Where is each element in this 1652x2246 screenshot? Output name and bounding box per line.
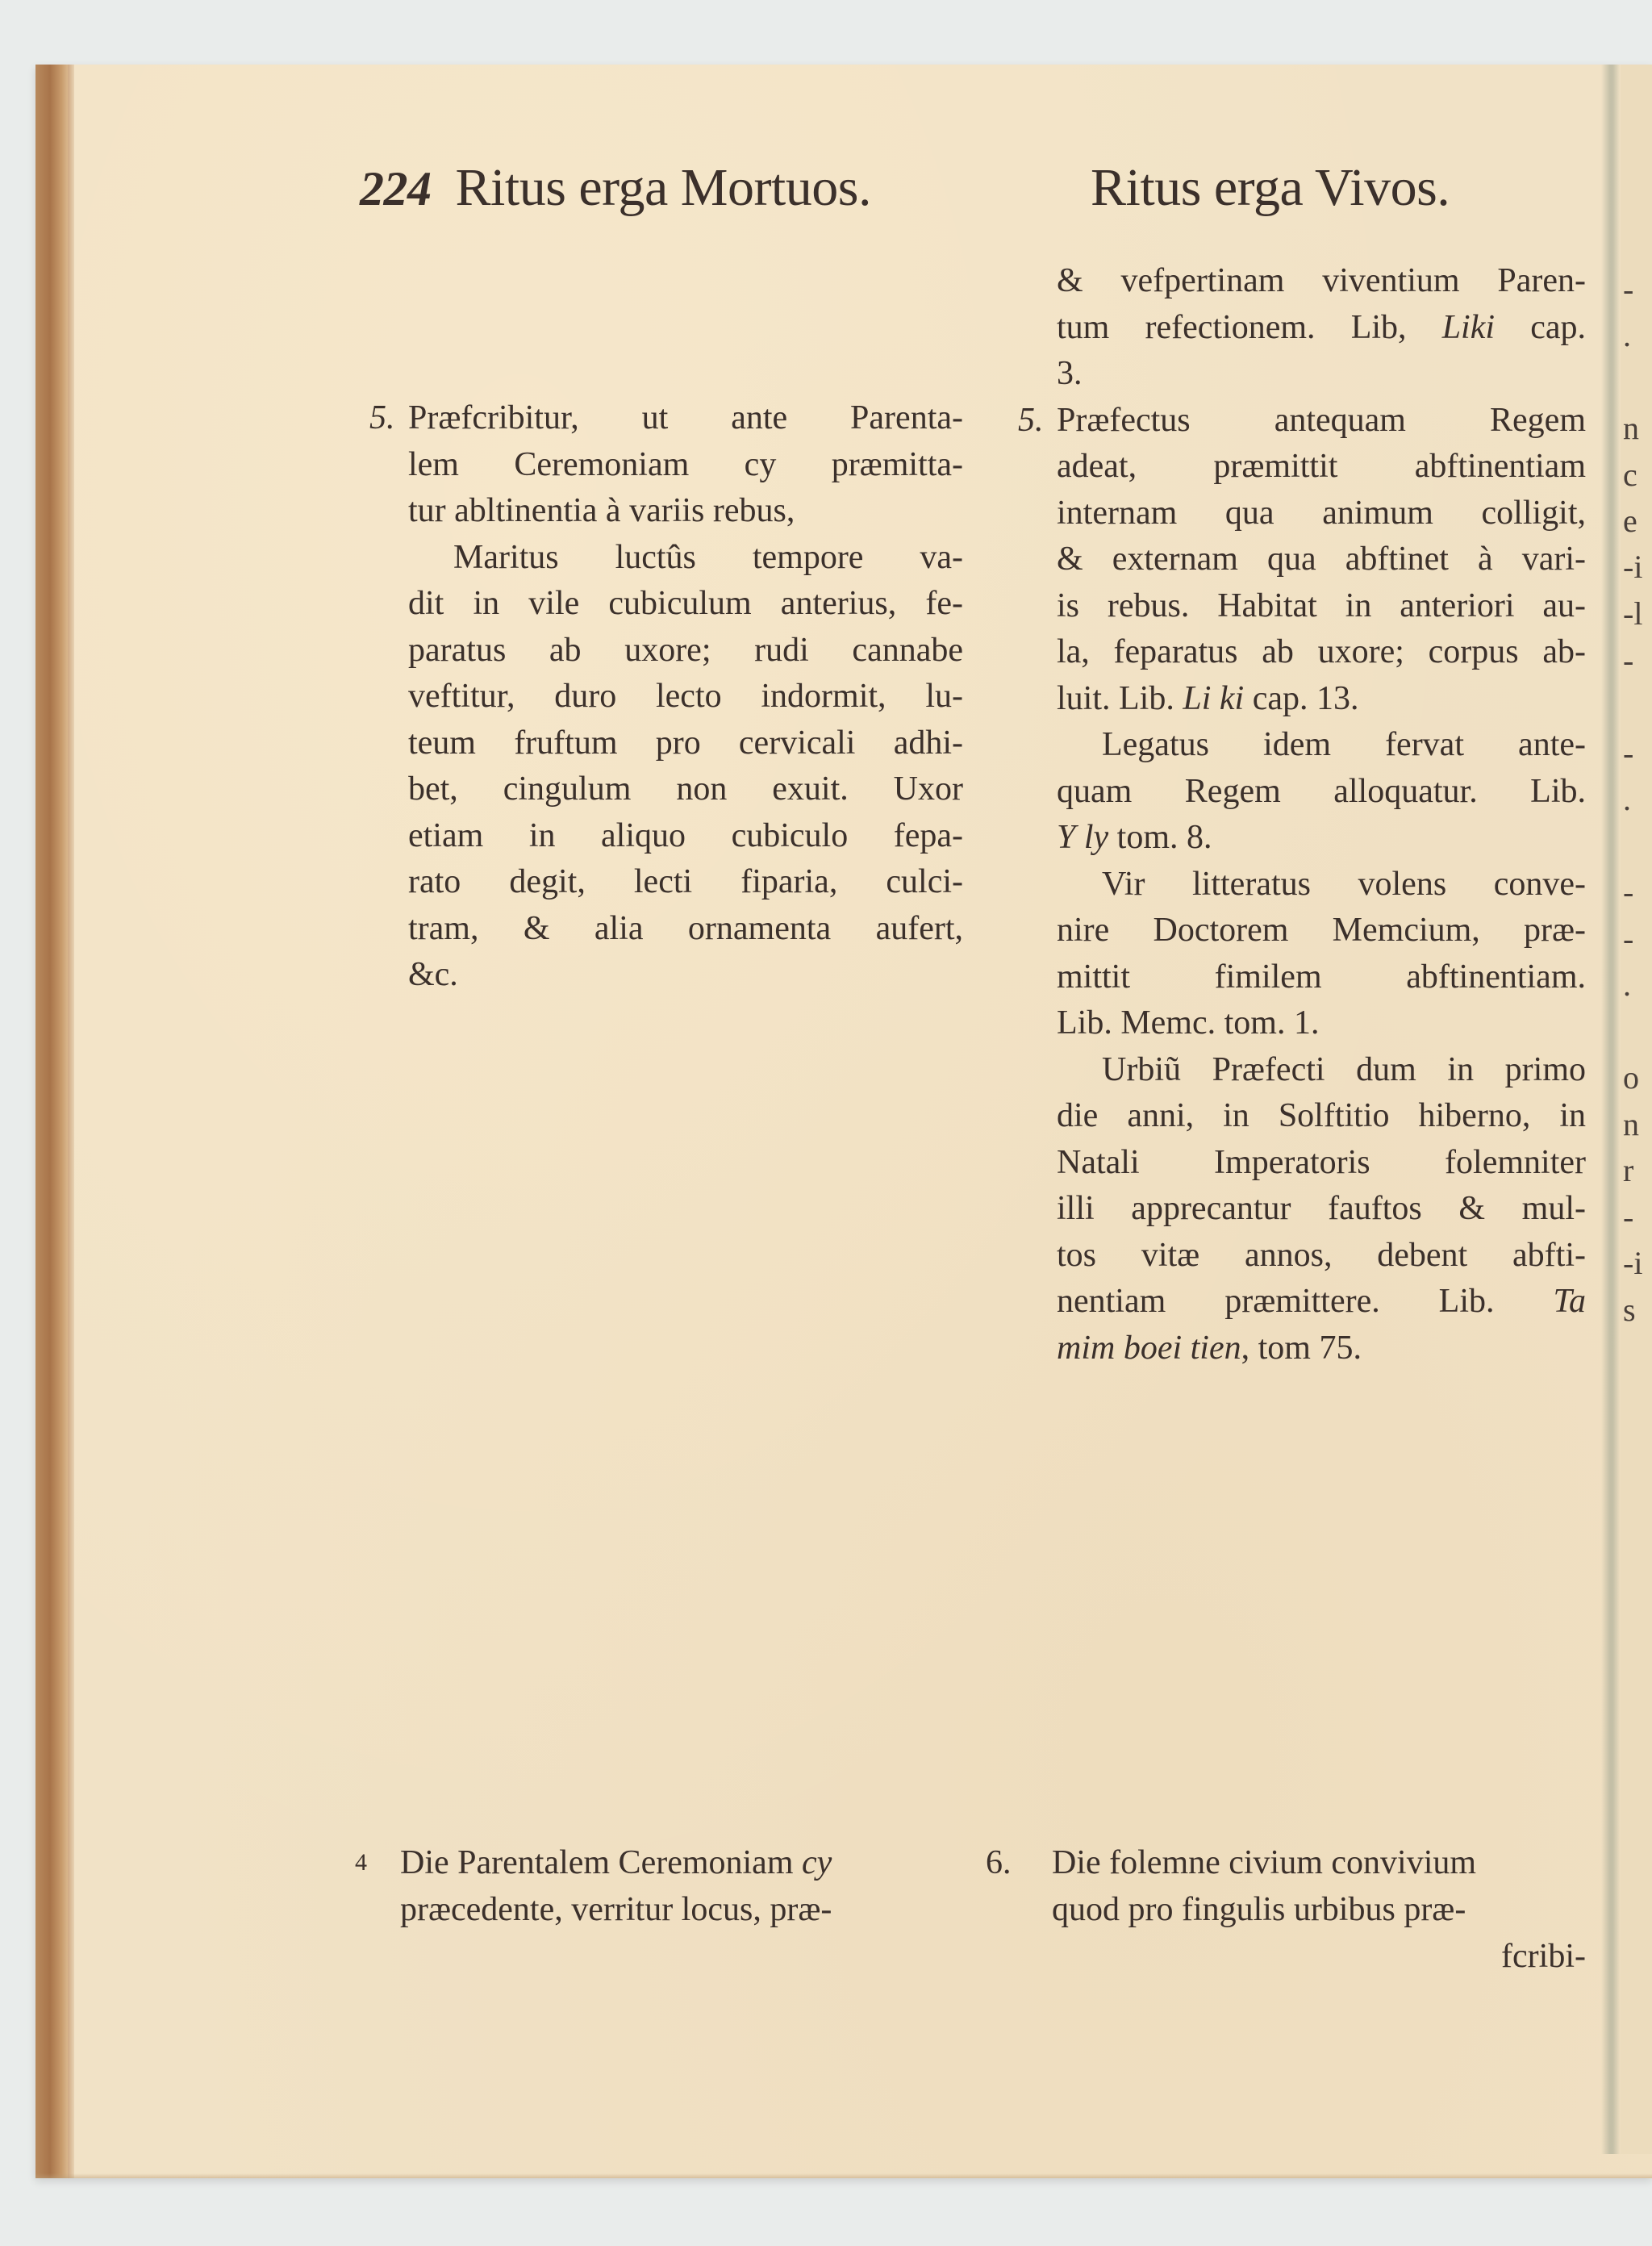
text-line: tos vitæ annos, debent abfti- (1057, 1233, 1586, 1280)
facing-page-fragment: - (1623, 266, 1652, 313)
binding-edge-inner (68, 65, 74, 2178)
text-line: paratus ab uxore; rudi cannabe (408, 628, 963, 674)
footnote-line: Die Parentalem Ceremoniam cy (400, 1839, 952, 1886)
text-line: is rebus. Habitat in anteriori au- (1057, 583, 1586, 630)
text-line: & vefpertinam viventium Paren- (1057, 258, 1586, 305)
left-paragraph-maritus: Maritus luctûs tempore va- dit in vile c… (369, 535, 963, 999)
text-line: etiam in aliquo cubiculo fepa- (408, 813, 963, 860)
facing-page-fragment: s (1623, 1287, 1652, 1334)
facing-page-fragment: - (1623, 637, 1652, 684)
text-line: teum fruftum pro cervicali adhi- (408, 720, 963, 767)
text-line: tram, & alia ornamenta aufert, (408, 906, 963, 953)
right-continuation: & vefpertinam viventium Paren- tum refec… (1018, 258, 1586, 398)
text-line: dit in vile cubiculum anterius, fe- (408, 581, 963, 628)
text-line: luit. Lib. Li ki cap. 13. (1057, 676, 1586, 723)
facing-page-fragment: o (1623, 1054, 1652, 1101)
facing-page-fragment: - (1623, 730, 1652, 777)
footnote-line: quod pro fingulis urbibus præ- (1052, 1886, 1586, 1933)
facing-page-fragment: -i (1623, 1240, 1652, 1287)
text-line: Urbiũ Præfecti dum in primo (1057, 1047, 1586, 1094)
text-line: Natali Imperatoris folemniter (1057, 1140, 1586, 1187)
text-line: rato degit, lecti fiparia, culci- (408, 859, 963, 906)
right-paragraph-vir: Vir litteratus volens conve- nire Doctor… (1018, 862, 1586, 1047)
text-line: la, feparatus ab uxore; corpus ab- (1057, 629, 1586, 676)
facing-page-fragment: n (1623, 1101, 1652, 1148)
footnote-line: præcedente, verritur locus, præ- (400, 1886, 952, 1933)
page-bottom-edge (35, 2173, 1652, 2178)
text-line: 3. (1057, 351, 1586, 398)
text-line: mittit fimilem abftinentiam. (1057, 954, 1586, 1001)
facing-page-fragment: n (1623, 405, 1652, 452)
left-column: 5. Præfcribitur, ut ante Parenta- lem Ce… (369, 395, 963, 999)
right-paragraph-legatus: Legatus idem fervat ante- quam Regem all… (1018, 722, 1586, 862)
facing-page-fragment: . (1623, 312, 1652, 359)
item-number: 5. (369, 395, 395, 442)
running-head-right: Ritus erga Vivos. (1091, 161, 1450, 215)
right-column: & vefpertinam viventium Paren- tum refec… (1018, 258, 1586, 1371)
footnote-right: 6. Die folemne civium convivium quod pro… (986, 1839, 1586, 1980)
text-line: Maritus luctûs tempore va- (408, 535, 963, 582)
page-gutter-fold (1601, 65, 1621, 2154)
text-line: tum refectionem. Lib, Liki cap. (1057, 305, 1586, 352)
facing-page-fragment: -i (1623, 544, 1652, 591)
text-line: die anni, in Solftitio hiberno, in (1057, 1093, 1586, 1140)
right-paragraph-urbium: Urbiũ Præfecti dum in primo die anni, in… (1018, 1047, 1586, 1372)
text-line: mim boei tien, tom 75. (1057, 1325, 1586, 1372)
facing-page-fragment: . (1623, 776, 1652, 823)
text-line: Præfcribitur, ut ante Parenta- (408, 395, 963, 442)
facing-page-fragment: - (1623, 916, 1652, 962)
text-line: illi apprecantur fauftos & mul- (1057, 1186, 1586, 1233)
footnote-marker: 4 (355, 1839, 367, 1886)
text-line: adeat, præmittit abftinentiam (1057, 444, 1586, 491)
text-line: quam Regem alloquatur. Lib. (1057, 769, 1586, 816)
text-line: veftitur, duro lecto indormit, lu- (408, 674, 963, 720)
footnote-marker: 6. (986, 1839, 1012, 1886)
text-line: &c. (408, 952, 963, 999)
text-line: & externam qua abftinet à vari- (1057, 536, 1586, 583)
facing-page-fragment: . (1623, 962, 1652, 1008)
text-line: Y ly tom. 8. (1057, 815, 1586, 862)
text-line: Præfectus antequam Regem (1057, 398, 1586, 445)
binding-edge (35, 65, 68, 2178)
right-item-5: 5. Præfectus antequam Regem adeat, præmi… (1018, 398, 1586, 723)
text-line: nire Doctorem Memcium, præ- (1057, 908, 1586, 954)
item-number: 5. (1018, 398, 1044, 445)
text-line: bet, cingulum non exuit. Uxor (408, 766, 963, 813)
running-head-left: 224Ritus erga Mortuos. (360, 161, 871, 215)
footnote-line: Die folemne civium convivium (1052, 1839, 1586, 1886)
facing-page-fragment: e (1623, 498, 1652, 545)
footnote-left: 4 Die Parentalem Ceremoniam cy præcedent… (355, 1839, 952, 1933)
page-number: 224 (360, 162, 432, 215)
text-line: tur abltinentia à variis rebus, (408, 488, 963, 535)
facing-page-fragment: - (1623, 869, 1652, 916)
facing-page-fragment: - (1623, 1194, 1652, 1241)
left-item-5: 5. Præfcribitur, ut ante Parenta- lem Ce… (369, 395, 963, 535)
text-line: nentiam præmittere. Lib. Ta (1057, 1279, 1586, 1325)
text-line: lem Ceremoniam cy præmitta- (408, 442, 963, 489)
facing-page-fragment: -l (1623, 591, 1652, 637)
text-line: Lib. Memc. tom. 1. (1057, 1000, 1586, 1047)
text-line: internam qua animum colligit, (1057, 491, 1586, 537)
text-line: Vir litteratus volens conve- (1057, 862, 1586, 908)
catchword: fcribi- (1052, 1933, 1586, 1980)
facing-page-fragment: c (1623, 452, 1652, 499)
facing-page-fragment: r (1623, 1147, 1652, 1194)
running-head-left-title: Ritus erga Mortuos. (456, 158, 871, 217)
text-line: Legatus idem fervat ante- (1057, 722, 1586, 769)
